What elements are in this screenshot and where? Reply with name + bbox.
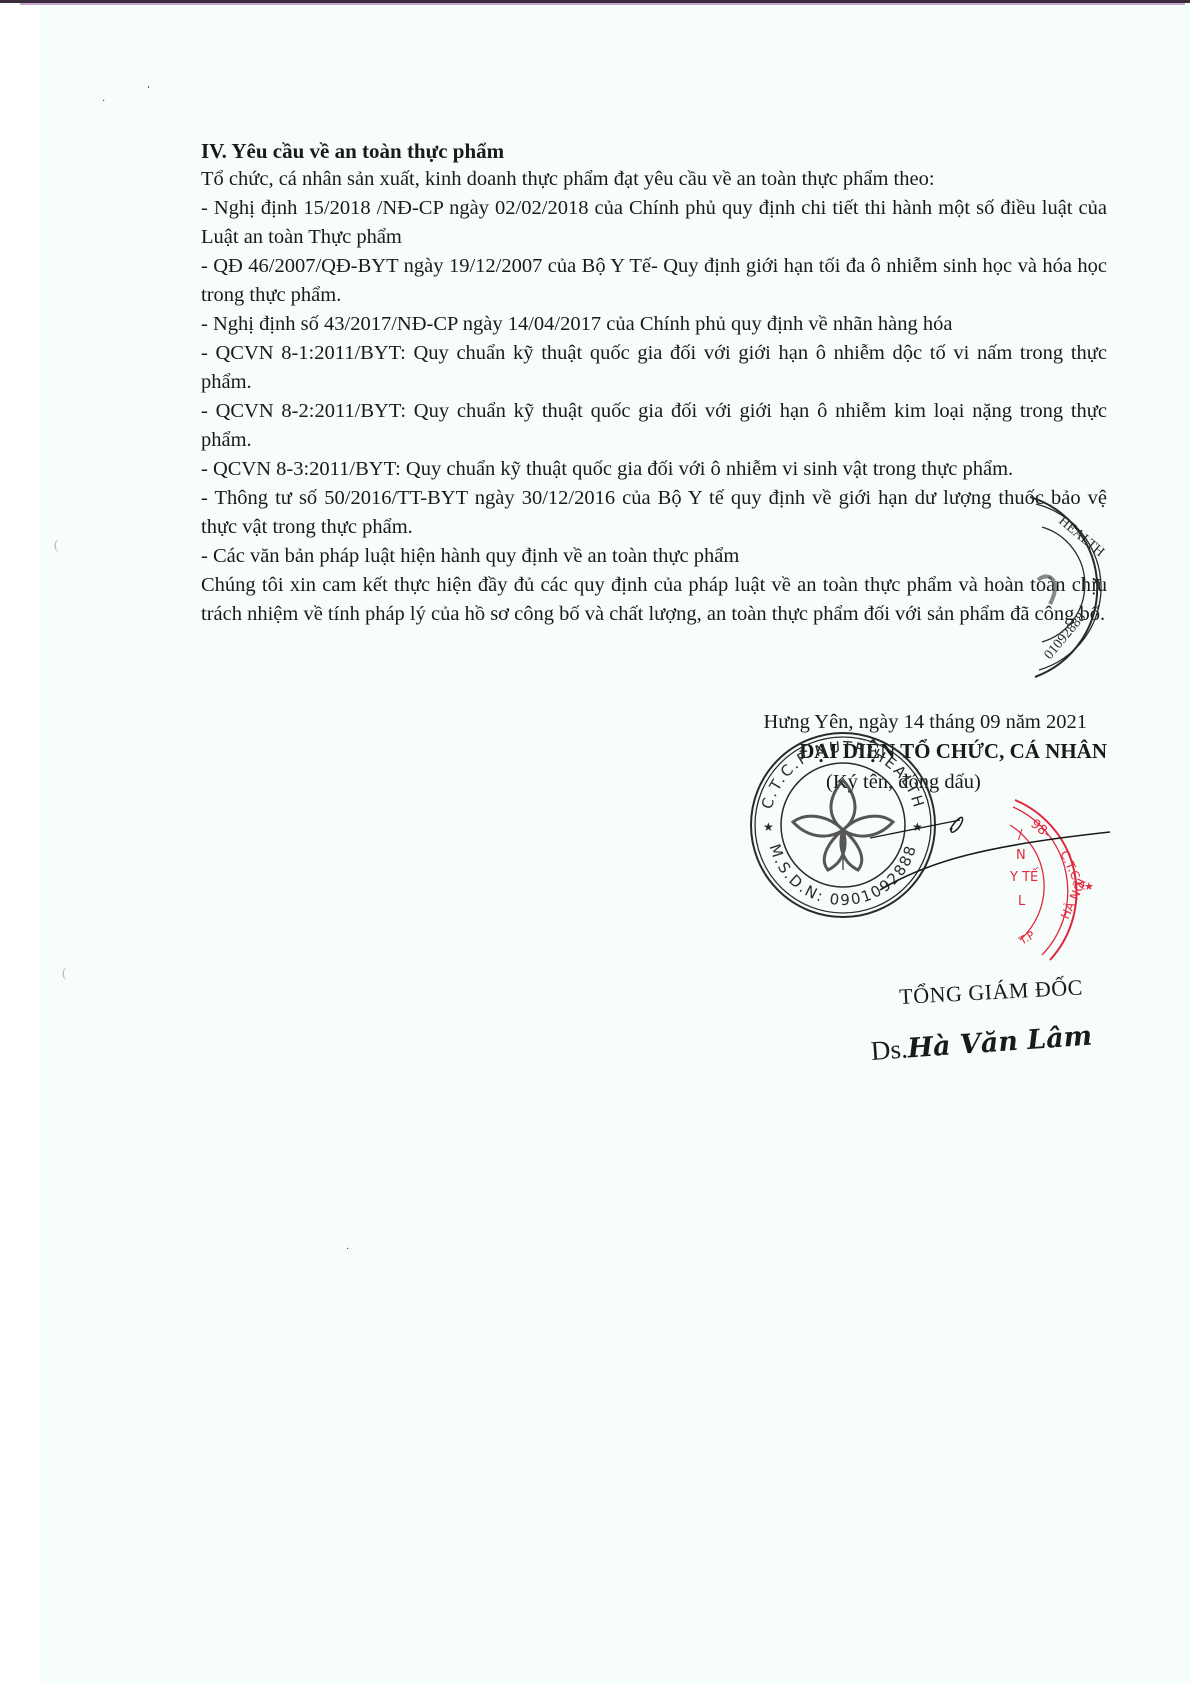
edge-stamp: HEALTH ★ 01092888 — [1030, 492, 1110, 682]
svg-text:HEALTH: HEALTH — [1055, 514, 1107, 561]
svg-text:01092888: 01092888 — [1042, 610, 1089, 663]
scan-speck: ( — [62, 966, 67, 982]
svg-text:★: ★ — [1092, 575, 1102, 587]
name-prefix: Ds. — [870, 1034, 909, 1066]
handwritten-signature — [870, 800, 1110, 910]
scan-speck: ˌ — [146, 74, 151, 90]
scan-left-margin — [0, 5, 40, 1684]
place-date: Hưng Yên, ngày 14 tháng 09 năm 2021 — [201, 708, 1107, 737]
svg-text:★: ★ — [763, 820, 774, 834]
signature-block: Hưng Yên, ngày 14 tháng 09 năm 2021 ĐẠI … — [201, 0, 1107, 1100]
scan-speck: · — [102, 96, 105, 107]
scan-speck: · — [346, 1244, 349, 1255]
scan-speck: ( — [54, 538, 59, 554]
svg-text:T.P: T.P — [1016, 928, 1037, 948]
